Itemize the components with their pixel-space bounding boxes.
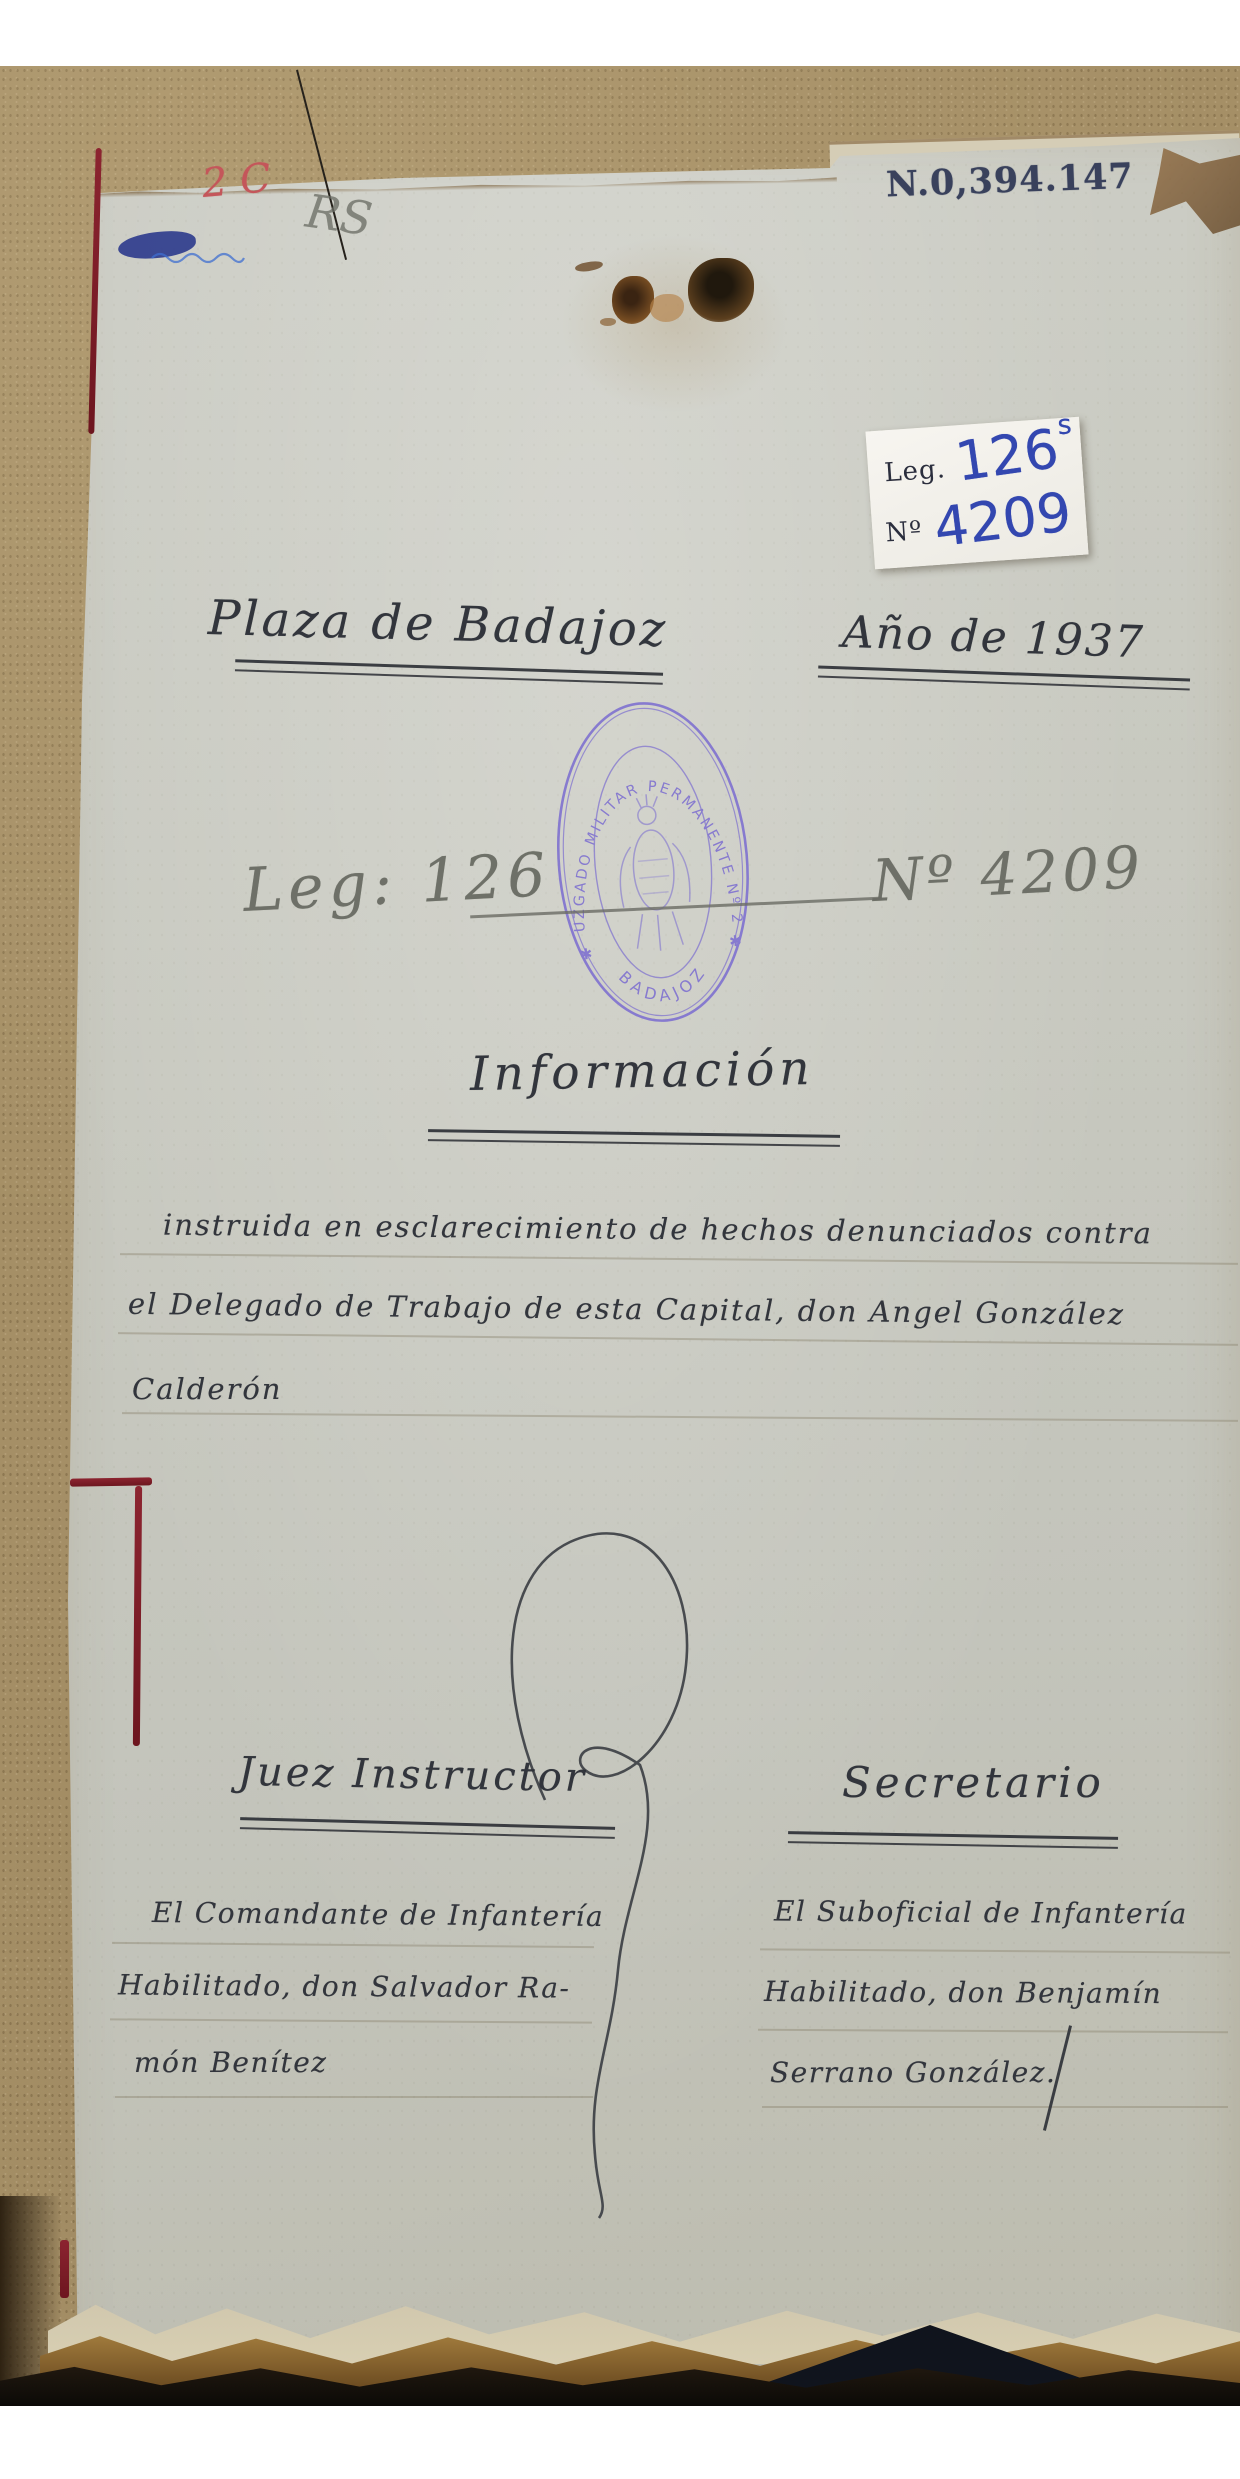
left-signature-line: El Comandante de Infantería xyxy=(152,1896,604,1933)
right-signature-line: Serrano González. xyxy=(770,2056,1056,2089)
place-line: Plaza de Badajoz xyxy=(207,590,668,658)
label-number-caption: Nº xyxy=(885,516,924,549)
court-seal-stamp: JUZGADO MILITAR PERMANENTE Nº 2 BADAJOZ … xyxy=(534,686,772,1038)
label-leg-superscript: s xyxy=(1056,409,1072,441)
seal-right-star: ✱ xyxy=(728,932,742,951)
right-signature-role: Secretario xyxy=(842,1758,1105,1807)
right-signature-line: Habilitado, don Benjamín xyxy=(764,1975,1162,2010)
left-signature-line: món Benítez xyxy=(134,2046,328,2079)
blue-ink-squiggle xyxy=(150,248,246,264)
red-pencil-mark: 2 C xyxy=(200,155,273,207)
pencil-initials: RS xyxy=(303,184,376,247)
archive-label: Leg. 126 s Nº 4209 xyxy=(865,417,1088,570)
archive-number-stamp: N.0,394.147 xyxy=(885,156,1134,206)
photo-area: 2 C RS N.0,394.147 Leg. 126 s Nº 4209 Pl… xyxy=(0,66,1240,2406)
body-line: Calderón xyxy=(132,1372,282,1406)
left-signature-role: Juez Instructor xyxy=(238,1749,588,1801)
pen-flourish xyxy=(470,1500,730,2260)
reference-number-handwritten: Nº 4209 xyxy=(870,833,1145,915)
seal-eagle-emblem xyxy=(613,791,695,953)
right-signature-line: El Suboficial de Infantería xyxy=(774,1895,1188,1931)
document-title: Información xyxy=(470,1041,815,1102)
archival-document-photo: 2 C RS N.0,394.147 Leg. 126 s Nº 4209 Pl… xyxy=(0,0,1240,2479)
label-leg-caption: Leg. xyxy=(883,454,947,488)
label-number-value: 4209 xyxy=(931,480,1075,559)
ruled-line xyxy=(115,2096,593,2098)
left-signature-line: Habilitado, don Salvador Ra- xyxy=(118,1968,571,2004)
year-line: Año de 1937 xyxy=(841,607,1145,669)
seal-left-star: ✱ xyxy=(579,945,593,964)
ruled-line xyxy=(762,2106,1228,2108)
